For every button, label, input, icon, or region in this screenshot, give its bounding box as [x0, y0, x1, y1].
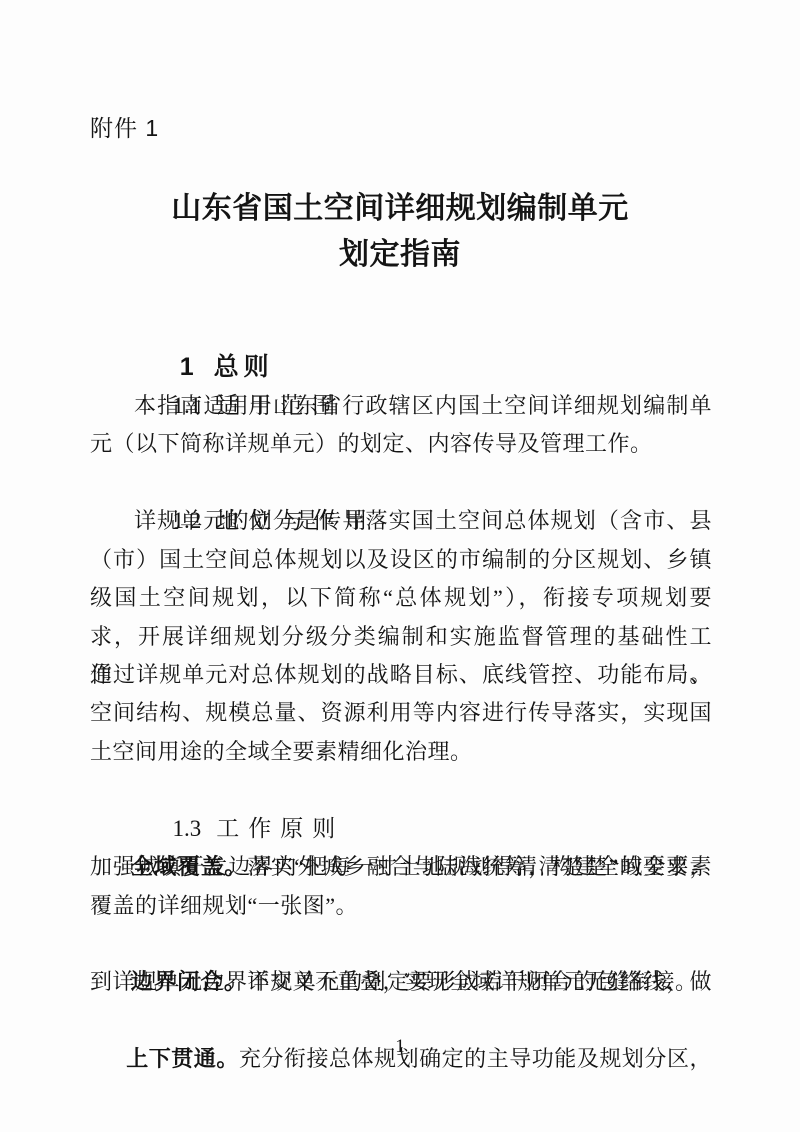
body-line: 到详规单元边界不交叉不重叠，实现全域详规单元无缝衔接。 — [90, 963, 712, 1001]
section-1-heading: 1总则 — [90, 310, 712, 348]
body-line: 元（以下简称详规单元）的划定、内容传导及管理工作。 — [90, 425, 712, 463]
body-line: 加强城镇开发边界内外城乡融合与陆海统筹，构建全域全要素 — [90, 848, 712, 886]
body-line: 通过详规单元对总体规划的战略目标、底线管控、功能布局、 — [90, 656, 712, 694]
document-title-line2: 划定指南 — [0, 232, 800, 278]
document-title: 山东省国土空间详细规划编制单元 划定指南 — [0, 186, 800, 278]
body-line: 详规单元的划分是传导落实国土空间总体规划（含市、县 — [90, 502, 712, 540]
section-1-3-title: 工作原则 — [216, 816, 344, 841]
document-body: 1总则 1.1适用范围 本指南适用于山东省行政辖区内国土空间详细规划编制单 元（… — [90, 310, 712, 1040]
section-1-3-heading: 1.3工作原则 — [90, 771, 712, 809]
document-page: 附件 1 山东省国土空间详细规划编制单元 划定指南 1总则 1.1适用范围 本指… — [0, 0, 800, 1132]
body-line: （市）国土空间总体规划以及设区的市编制的分区规划、乡镇 — [90, 541, 712, 579]
body-line: 空间结构、规模总量、资源利用等内容进行传导落实，实现国 — [90, 694, 712, 732]
document-title-line1: 山东省国土空间详细规划编制单元 — [0, 186, 800, 232]
section-1-number: 1 — [180, 353, 194, 381]
body-line: 土空间用途的全域全要素精细化治理。 — [90, 733, 712, 771]
body-line: 级国土空间规划，以下简称“总体规划”），衔接专项规划要 — [90, 579, 712, 617]
section-1-2-heading: 1.2地位与作用 — [90, 464, 712, 502]
body-line: 覆盖的详细规划“一张图”。 — [90, 887, 712, 925]
body-line: 边界闭合。详规单元的划定要形成若干闭合的包络线，做 — [90, 925, 712, 963]
attachment-label: 附件 1 — [90, 110, 159, 143]
body-line: 上下贯通。充分衔接总体规划确定的主导功能及规划分区， — [90, 1002, 712, 1040]
section-1-title: 总则 — [214, 353, 274, 381]
body-line: 本指南适用于山东省行政辖区内国土空间详细规划编制单 — [90, 387, 712, 425]
body-line: 求，开展详细规划分级分类编制和实施监督管理的基础性工作。 — [90, 618, 712, 656]
page-number: 1 — [0, 1036, 800, 1058]
section-1-3-number: 1.3 — [173, 816, 202, 841]
